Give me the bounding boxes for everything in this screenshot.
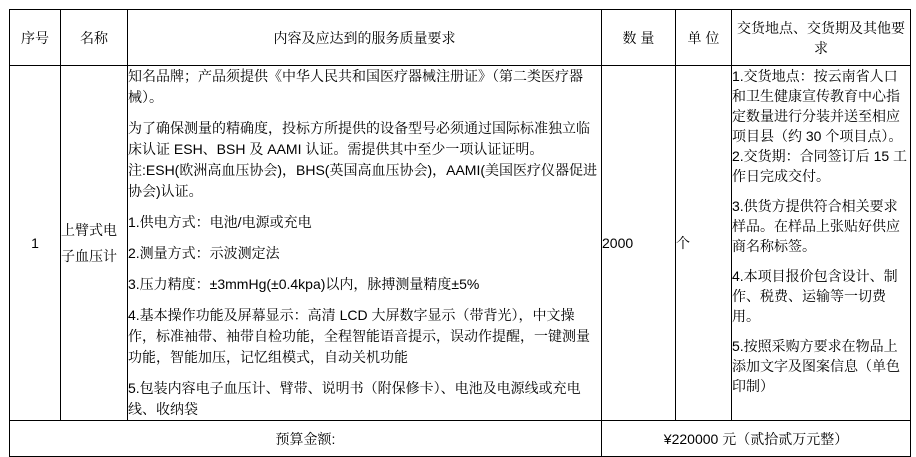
paragraph: 3.压力精度：±3mmHg(±0.4kpa)以内，脉搏测量精度±5%	[128, 274, 601, 295]
budget-value: ¥220000 元（贰拾贰万元整）	[602, 421, 911, 457]
paragraph: 1.交货地点：按云南省人口和卫生健康宣传教育中心指定数量进行分装并送至相应项目县…	[732, 66, 910, 146]
footer-row: 预算金额: ¥220000 元（贰拾贰万元整）	[10, 421, 911, 457]
header-serial: 序号	[10, 10, 61, 66]
paragraph: 知名品牌；产品须提供《中华人民共和国医疗器械注册证》（第二类医疗器械）。	[128, 66, 601, 108]
cell-quantity: 2000	[602, 66, 676, 421]
document-page: 序号 名称 内容及应达到的服务质量要求 数 量 单 位 交货地点、交货期及其他要…	[0, 0, 916, 411]
paragraph: 5.按照采购方要求在物品上添加文字及图案信息（单色印制）	[732, 336, 910, 396]
header-content: 内容及应达到的服务质量要求	[128, 10, 602, 66]
cell-unit: 个	[676, 66, 732, 421]
paragraph: 2.交货期：合同签订后 15 工作日完成交付。	[732, 146, 910, 186]
cell-requirements: 知名品牌；产品须提供《中华人民共和国医疗器械注册证》（第二类医疗器械）。为了确保…	[128, 66, 602, 421]
cell-item-name: 上臂式电子血压计	[61, 66, 128, 421]
header-name: 名称	[61, 10, 128, 66]
paragraph: 1.供电方式：电池/电源或充电	[128, 212, 601, 233]
paragraph: 4.本项目报价包含设计、制作、税费、运输等一切费用。	[732, 266, 910, 326]
cell-delivery-terms: 1.交货地点：按云南省人口和卫生健康宣传教育中心指定数量进行分装并送至相应项目县…	[732, 66, 911, 421]
paragraph: 2.测量方式：示波测定法	[128, 243, 601, 264]
paragraph: 3.供货方提供符合相关要求样品。在样品上张贴好供应商名称标签。	[732, 196, 910, 256]
header-delivery: 交货地点、交货期及其他要求	[732, 10, 911, 66]
table-row: 1 上臂式电子血压计 知名品牌；产品须提供《中华人民共和国医疗器械注册证》（第二…	[10, 66, 911, 421]
header-quantity: 数 量	[602, 10, 676, 66]
header-row: 序号 名称 内容及应达到的服务质量要求 数 量 单 位 交货地点、交货期及其他要…	[10, 10, 911, 66]
budget-label: 预算金额:	[10, 421, 602, 457]
paragraph: 5.包装内容电子血压计、臂带、说明书（附保修卡）、电池及电源线或充电线、收纳袋	[128, 378, 601, 420]
cell-serial-number: 1	[10, 66, 61, 421]
procurement-table: 序号 名称 内容及应达到的服务质量要求 数 量 单 位 交货地点、交货期及其他要…	[9, 9, 911, 457]
header-unit: 单 位	[676, 10, 732, 66]
paragraph: 4.基本操作功能及屏幕显示：高清 LCD 大屏数字显示（带背光），中文操作，标准…	[128, 305, 601, 368]
paragraph: 为了确保测量的精确度，投标方所提供的设备型号必须通过国际标准独立临床认证 ESH…	[128, 118, 601, 202]
